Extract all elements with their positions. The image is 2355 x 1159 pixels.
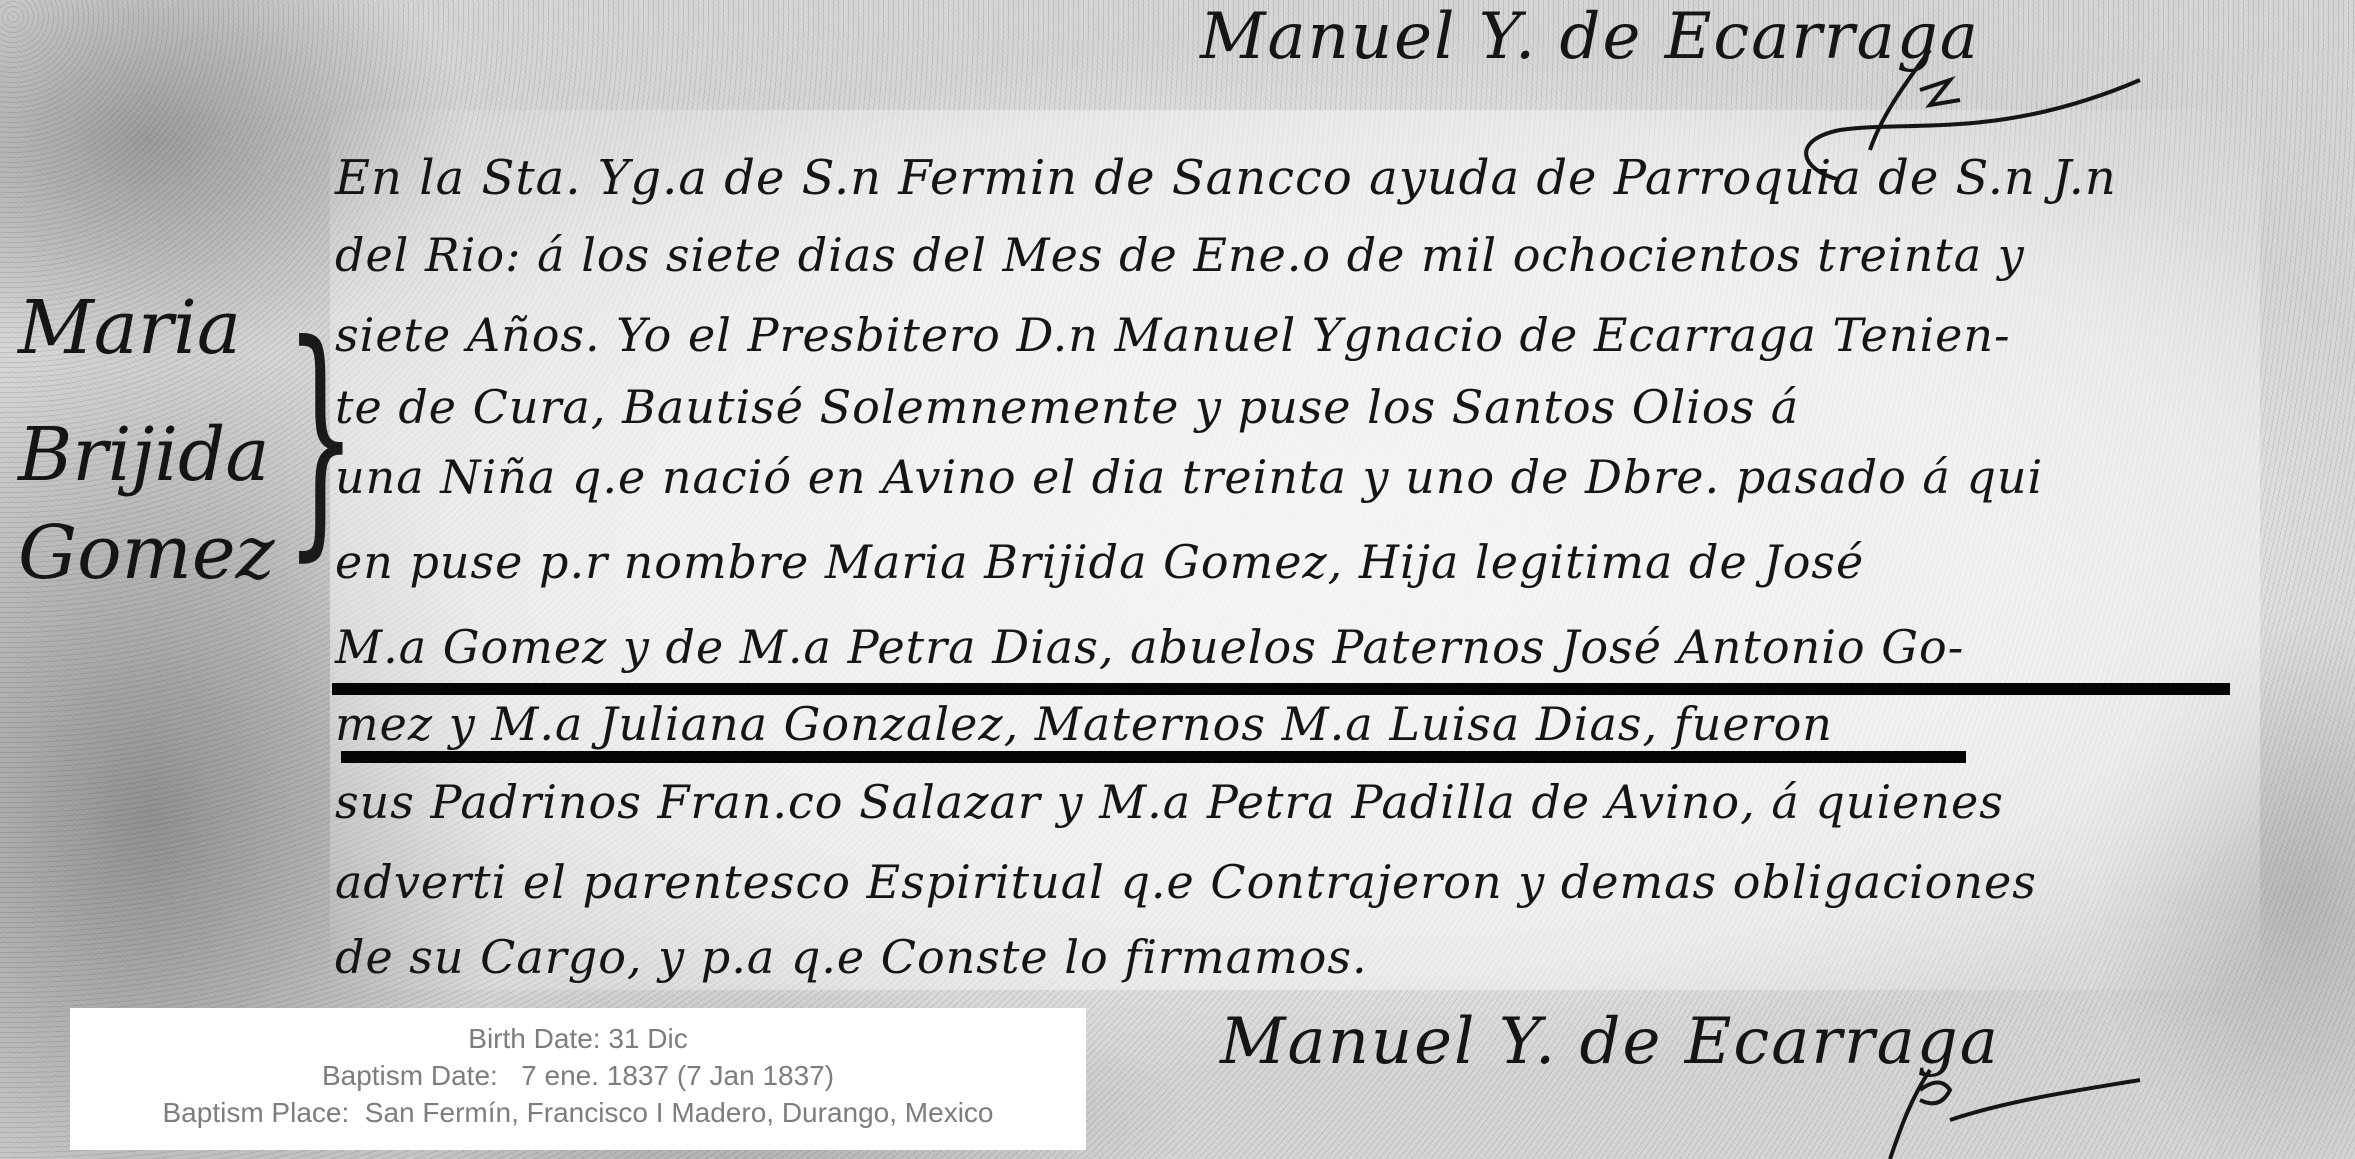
baptism-place-text: Baptism Place: San Fermín, Francisco I M…: [70, 1094, 1086, 1131]
highlight-underline-grandparents-maternal: [341, 751, 1966, 763]
record-line-5: una Niña q.e nació en Avino el dia trein…: [335, 450, 2043, 504]
birth-date-text: Birth Date: 31 Dic: [70, 1020, 1086, 1057]
margin-name-second: Brijida: [18, 412, 270, 498]
bottom-signature-flourish: [1850, 1060, 2150, 1159]
record-line-10: adverti el parentesco Espiritual q.e Con…: [335, 855, 2037, 909]
record-line-7: M.a Gomez y de M.a Petra Dias, abuelos P…: [335, 620, 1964, 674]
record-line-11: de su Cargo, y p.a q.e Conste lo firmamo…: [335, 930, 1368, 984]
record-line-3: siete Años. Yo el Presbitero D.n Manuel …: [335, 308, 2011, 362]
record-line-9: sus Padrinos Fran.co Salazar y M.a Petra…: [335, 775, 2004, 829]
caption-box: Birth Date: 31 Dic Baptism Date: 7 ene. …: [70, 1008, 1086, 1150]
margin-name-surname: Gomez: [18, 510, 275, 596]
baptism-date-text: Baptism Date: 7 ene. 1837 (7 Jan 1837): [70, 1057, 1086, 1094]
margin-name-first: Maria: [18, 285, 241, 371]
record-line-2: del Rio: á los siete dias del Mes de Ene…: [335, 228, 2025, 282]
record-line-4: te de Cura, Bautisé Solemnemente y puse …: [335, 380, 1799, 434]
record-line-1: En la Sta. Yg.a de S.n Fermin de Sancco …: [335, 150, 2117, 206]
highlight-underline-grandparents-paternal: [332, 683, 2230, 695]
record-line-6: en puse p.r nombre Maria Brijida Gomez, …: [335, 535, 1864, 589]
record-line-8: mez y M.a Juliana Gonzalez, Maternos M.a…: [335, 697, 1833, 751]
